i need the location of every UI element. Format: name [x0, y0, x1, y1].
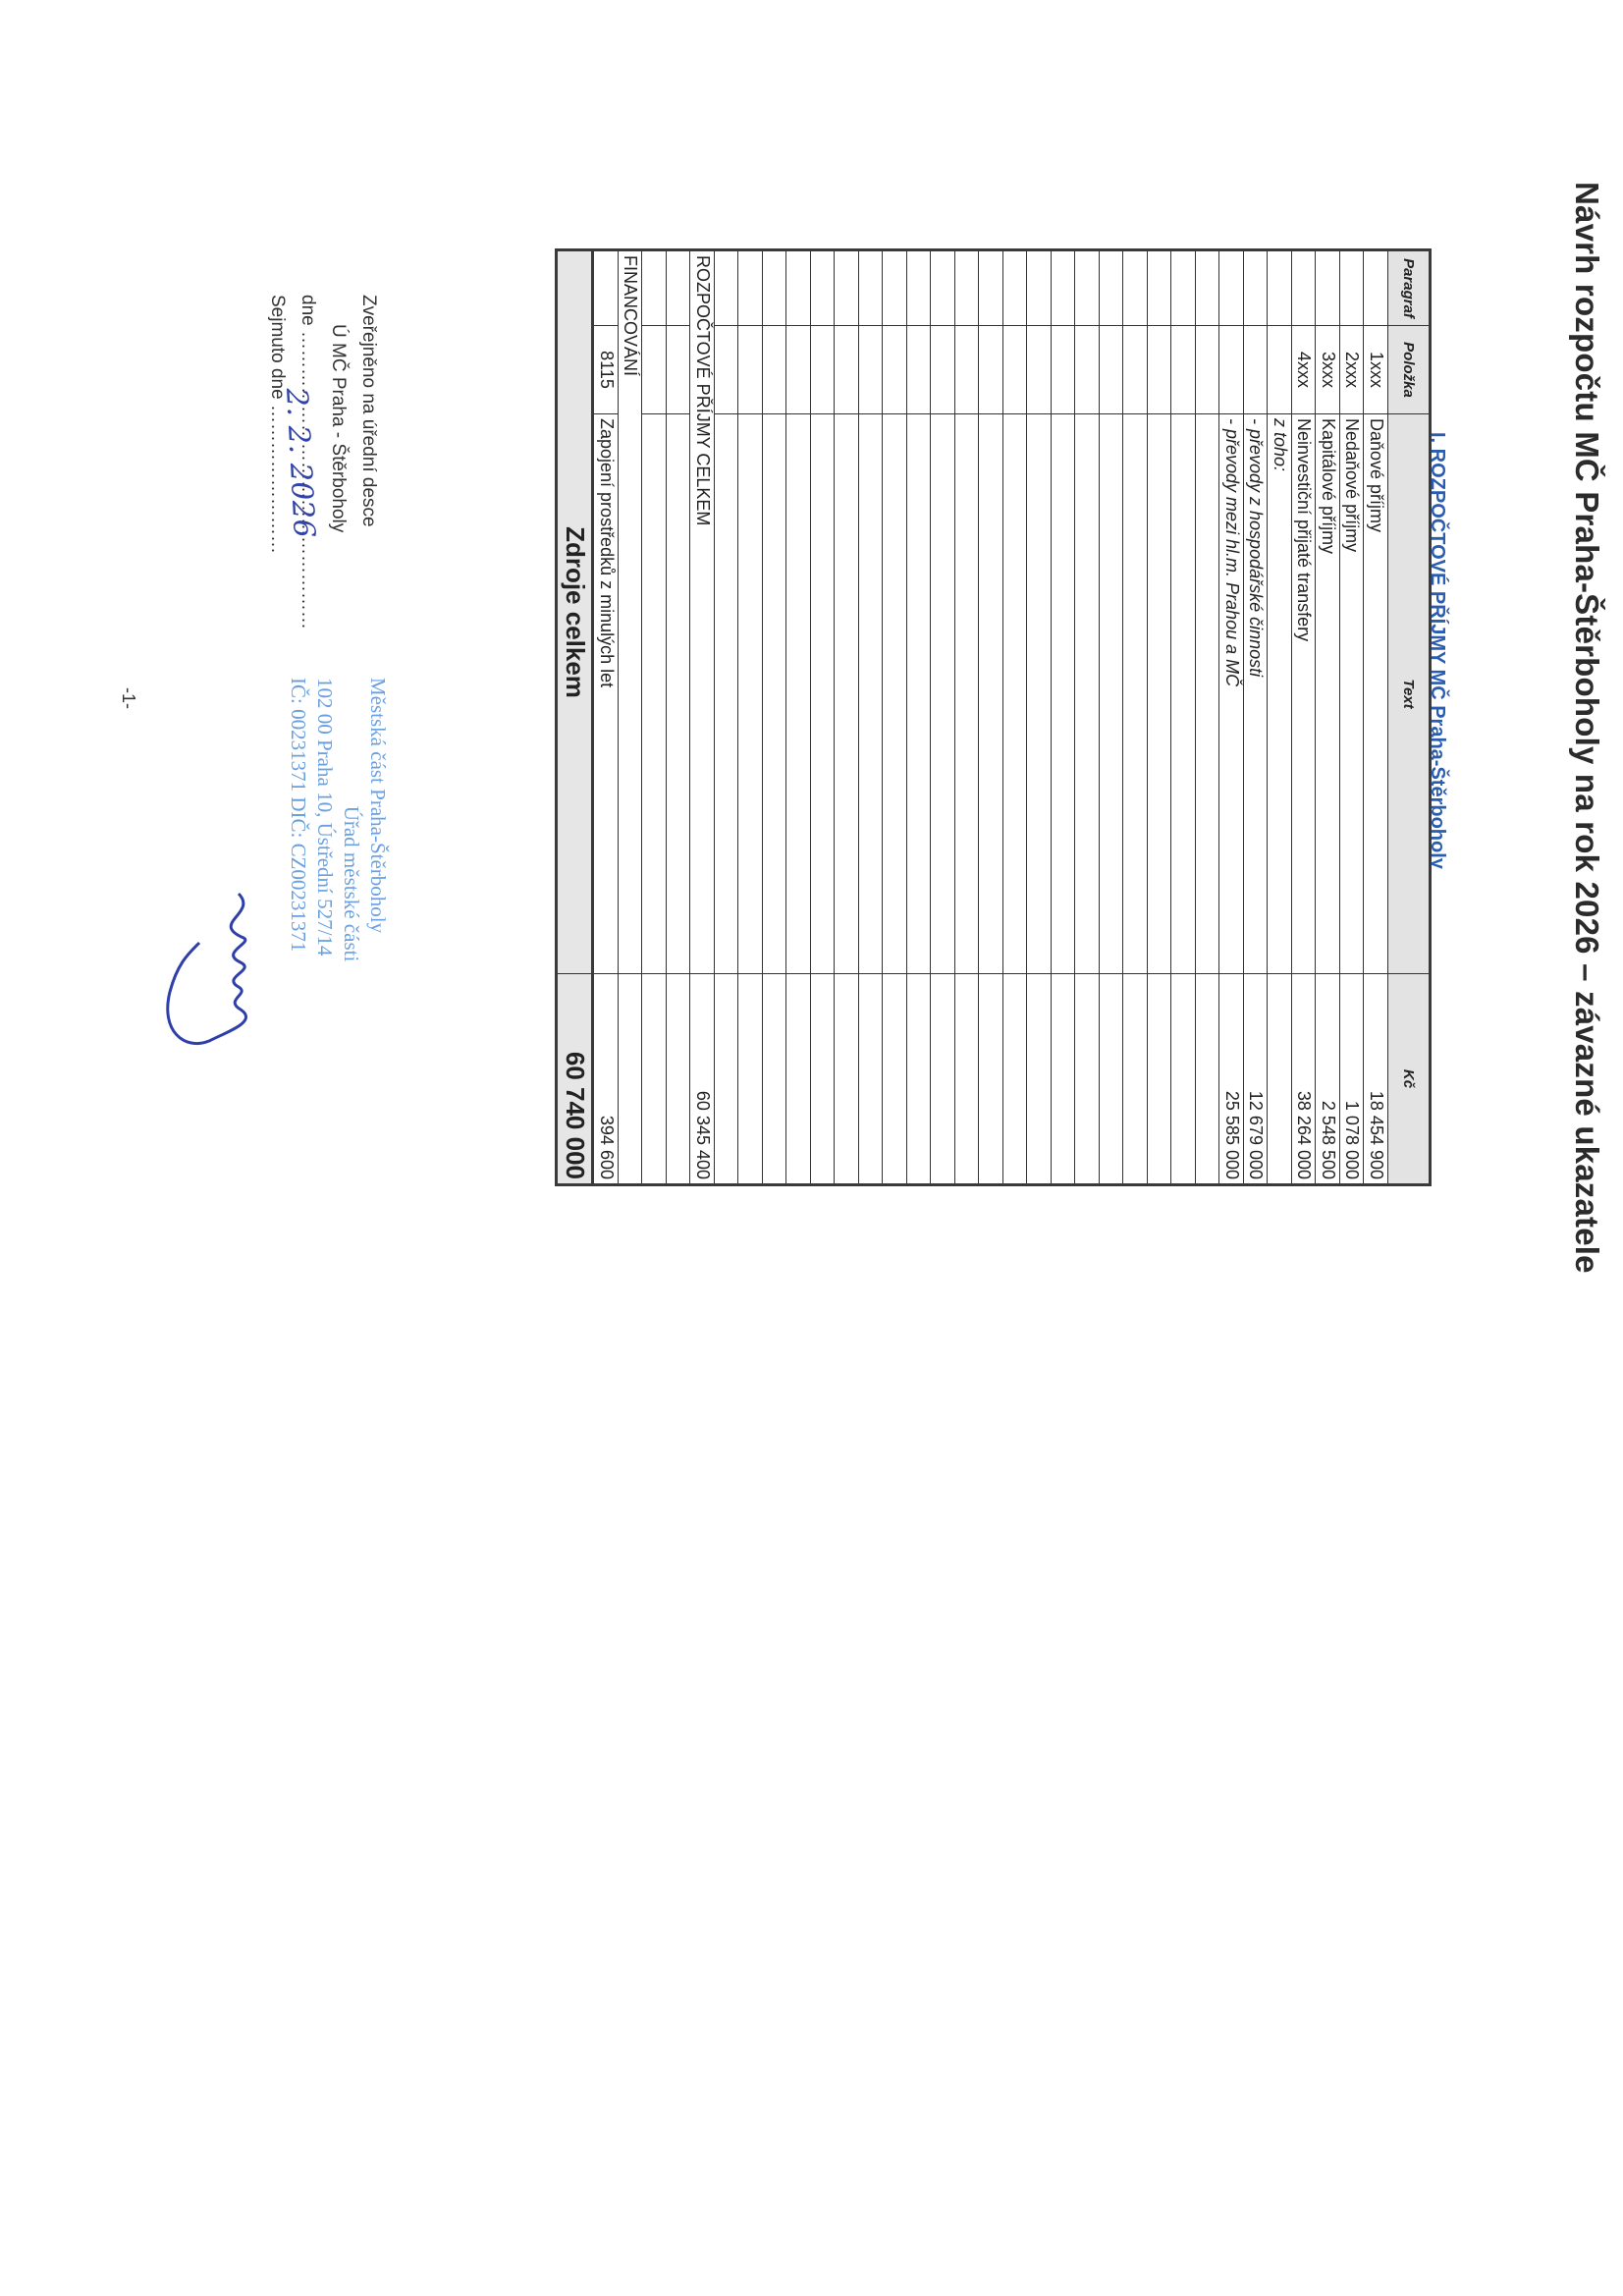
stamp-line-1: Městská část Praha-Štěrboholy	[364, 678, 391, 1090]
cell-paragraf	[1052, 250, 1076, 326]
cell-paragraf	[667, 250, 691, 326]
grand-total-value: 60 740 000	[557, 974, 593, 1185]
cell-polozka	[1100, 326, 1124, 414]
table-row: 3xxxKapitálové příjmy2 548 500	[1316, 250, 1340, 1185]
table-row: 1xxxDaňové příjmy18 454 900	[1364, 250, 1388, 1185]
cell-paragraf	[642, 250, 667, 326]
revenue-total-label: ROZPOČTOVÉ PŘÍJMY CELKEM	[690, 250, 715, 974]
cell-text	[835, 414, 859, 974]
cell-text	[715, 414, 739, 974]
cell-kc	[931, 974, 955, 1185]
cell-polozka	[1027, 326, 1052, 414]
cell-text: Zapojení prostředků z minulých let	[593, 414, 619, 974]
cell-paragraf	[1027, 250, 1052, 326]
cell-paragraf	[1196, 250, 1220, 326]
header-text: Text	[1388, 414, 1431, 974]
blank-row	[1123, 250, 1148, 1185]
cell-kc: 25 585 000	[1219, 974, 1244, 1185]
cell-text	[738, 414, 763, 974]
cell-polozka	[835, 326, 859, 414]
blank-row	[1027, 250, 1052, 1185]
blank-row	[883, 250, 907, 1185]
cell-kc	[859, 974, 884, 1185]
cell-polozka	[1219, 326, 1244, 414]
cell-paragraf	[883, 250, 907, 326]
cell-polozka: 8115	[593, 326, 619, 414]
table-body: 1xxxDaňové příjmy18 454 9002xxxNedaňové …	[557, 250, 1388, 1185]
cell-text	[1100, 414, 1124, 974]
table-row: 4xxxNeinvestiční přijaté transfery38 264…	[1292, 250, 1317, 1185]
cell-paragraf	[1268, 250, 1292, 326]
cell-kc	[1268, 974, 1292, 1185]
cell-polozka	[1003, 326, 1028, 414]
budget-table: Paragraf Položka Text Kč 1xxxDaňové příj…	[556, 248, 1433, 1186]
cell-paragraf	[811, 250, 836, 326]
cell-kc	[619, 974, 643, 1185]
cell-text: Daňové příjmy	[1364, 414, 1388, 974]
cell-paragraf	[1100, 250, 1124, 326]
cell-text: - převody z hospodářské činnosti	[1244, 414, 1269, 974]
cell-polozka	[1052, 326, 1076, 414]
cell-paragraf	[835, 250, 859, 326]
cell-paragraf	[1123, 250, 1148, 326]
cell-kc	[1123, 974, 1148, 1185]
blank-row	[763, 250, 787, 1185]
cell-paragraf	[1292, 250, 1317, 326]
cell-paragraf	[979, 250, 1003, 326]
blank-row	[667, 250, 691, 1185]
cell-kc	[1027, 974, 1052, 1185]
blank-row	[835, 250, 859, 1185]
cell-polozka	[907, 326, 932, 414]
cell-polozka: 1xxx	[1364, 326, 1388, 414]
cell-text: Nedaňové příjmy	[1340, 414, 1365, 974]
cell-kc	[811, 974, 836, 1185]
cell-polozka	[1171, 326, 1196, 414]
cell-polozka	[931, 326, 955, 414]
cell-paragraf	[1003, 250, 1028, 326]
cell-polozka: 4xxx	[1292, 326, 1317, 414]
cell-kc: 18 454 900	[1364, 974, 1388, 1185]
cell-text	[1052, 414, 1076, 974]
cell-paragraf	[1075, 250, 1100, 326]
financing-header-row: FINANCOVÁNÍ	[619, 250, 643, 1185]
cell-paragraf	[738, 250, 763, 326]
cell-polozka	[715, 326, 739, 414]
cell-polozka	[1244, 326, 1269, 414]
cell-kc	[1003, 974, 1028, 1185]
page-number: -1-	[118, 687, 138, 709]
cell-paragraf	[859, 250, 884, 326]
blank-row	[1075, 250, 1100, 1185]
cell-kc	[1075, 974, 1100, 1185]
blank-row	[642, 250, 667, 1185]
signature-icon	[150, 884, 268, 1070]
office-stamp: Městská část Praha-Štěrboholy Úřad městs…	[285, 678, 391, 1090]
financing-row: 8115Zapojení prostředků z minulých let39…	[593, 250, 619, 1185]
header-kc: Kč	[1388, 974, 1431, 1185]
revenue-total-row: ROZPOČTOVÉ PŘÍJMY CELKEM60 345 400	[690, 250, 715, 1185]
revenue-total-value: 60 345 400	[690, 974, 715, 1185]
cell-polozka	[738, 326, 763, 414]
blank-row	[811, 250, 836, 1185]
blank-row	[738, 250, 763, 1185]
cell-polozka	[1196, 326, 1220, 414]
cell-polozka	[811, 326, 836, 414]
cell-kc	[955, 974, 980, 1185]
blank-row	[1171, 250, 1196, 1185]
cell-polozka: 3xxx	[1316, 326, 1340, 414]
publication-line-2: Ú MČ Praha - Štěrboholy	[323, 295, 353, 629]
publication-line-1: Zveřejněno na úřední desce	[353, 295, 384, 629]
stamp-line-3: 102 00 Praha 10, Ústřední 527/14	[311, 678, 338, 1090]
cell-kc	[1171, 974, 1196, 1185]
cell-paragraf	[931, 250, 955, 326]
cell-kc	[1148, 974, 1172, 1185]
cell-kc	[1052, 974, 1076, 1185]
cell-text	[642, 414, 667, 974]
financing-label: FINANCOVÁNÍ	[619, 250, 643, 974]
cell-kc	[883, 974, 907, 1185]
document-page: Návrh rozpočtu MČ Praha-Štěrboholy na ro…	[0, 0, 1623, 2296]
cell-text	[786, 414, 811, 974]
cell-paragraf	[763, 250, 787, 326]
cell-kc	[786, 974, 811, 1185]
cell-paragraf	[1148, 250, 1172, 326]
cell-polozka	[955, 326, 980, 414]
cell-paragraf	[955, 250, 980, 326]
cell-paragraf	[907, 250, 932, 326]
cell-polozka	[859, 326, 884, 414]
blank-row	[931, 250, 955, 1185]
cell-paragraf	[1171, 250, 1196, 326]
cell-polozka	[1075, 326, 1100, 414]
cell-kc	[1196, 974, 1220, 1185]
cell-kc	[715, 974, 739, 1185]
cell-text	[667, 414, 691, 974]
blank-row	[786, 250, 811, 1185]
cell-text	[1148, 414, 1172, 974]
cell-text	[955, 414, 980, 974]
cell-kc: 38 264 000	[1292, 974, 1317, 1185]
cell-text	[1003, 414, 1028, 974]
cell-paragraf	[1364, 250, 1388, 326]
table-row: z toho:	[1268, 250, 1292, 1185]
header-polozka: Položka	[1388, 326, 1431, 414]
cell-text	[859, 414, 884, 974]
stamp-line-2: Úřad městské části	[338, 678, 364, 1090]
cell-polozka	[642, 326, 667, 414]
blank-row	[907, 250, 932, 1185]
cell-kc	[667, 974, 691, 1185]
cell-paragraf	[1244, 250, 1269, 326]
cell-kc	[835, 974, 859, 1185]
blank-row	[979, 250, 1003, 1185]
blank-row	[1100, 250, 1124, 1185]
cell-paragraf	[1316, 250, 1340, 326]
publication-note: Zveřejněno na úřední desce Ú MČ Praha - …	[262, 295, 384, 629]
blank-row	[715, 250, 739, 1185]
blank-row	[859, 250, 884, 1185]
cell-kc	[1100, 974, 1124, 1185]
cell-kc	[738, 974, 763, 1185]
cell-paragraf	[786, 250, 811, 326]
blank-row	[1196, 250, 1220, 1185]
cell-text: z toho:	[1268, 414, 1292, 974]
grand-total-row: Zdroje celkem60 740 000	[557, 250, 593, 1185]
cell-text	[907, 414, 932, 974]
cell-polozka	[1148, 326, 1172, 414]
cell-text	[1027, 414, 1052, 974]
cell-kc: 2 548 500	[1316, 974, 1340, 1185]
table-row: 2xxxNedaňové příjmy1 078 000	[1340, 250, 1365, 1185]
table-row: - převody mezi hl.m. Prahou a MČ25 585 0…	[1219, 250, 1244, 1185]
grand-total-label: Zdroje celkem	[557, 250, 593, 974]
cell-polozka	[763, 326, 787, 414]
cell-kc: 394 600	[593, 974, 619, 1185]
cell-text	[883, 414, 907, 974]
cell-paragraf	[1340, 250, 1365, 326]
cell-text	[979, 414, 1003, 974]
cell-text	[1171, 414, 1196, 974]
cell-text: Kapitálové příjmy	[1316, 414, 1340, 974]
cell-kc	[763, 974, 787, 1185]
cell-polozka	[883, 326, 907, 414]
cell-paragraf	[593, 250, 619, 326]
blank-row	[1003, 250, 1028, 1185]
cell-text	[811, 414, 836, 974]
blank-row	[955, 250, 980, 1185]
table-header-row: Paragraf Položka Text Kč	[1388, 250, 1431, 1185]
cell-kc	[979, 974, 1003, 1185]
cell-polozka	[786, 326, 811, 414]
cell-paragraf	[1219, 250, 1244, 326]
cell-text	[1123, 414, 1148, 974]
cell-polozka	[979, 326, 1003, 414]
header-paragraf: Paragraf	[1388, 250, 1431, 326]
stamp-line-4: IČ: 00231371 DIČ: CZ00231371	[285, 678, 311, 1090]
cell-polozka	[1123, 326, 1148, 414]
blank-row	[1148, 250, 1172, 1185]
blank-row	[1052, 250, 1076, 1185]
cell-text	[1196, 414, 1220, 974]
document-title: Návrh rozpočtu MČ Praha-Štěrboholy na ro…	[1568, 182, 1605, 1557]
cell-text	[931, 414, 955, 974]
cell-kc: 12 679 000	[1244, 974, 1269, 1185]
cell-text: Neinvestiční přijaté transfery	[1292, 414, 1317, 974]
cell-polozka	[667, 326, 691, 414]
cell-text	[763, 414, 787, 974]
cell-text	[1075, 414, 1100, 974]
cell-polozka	[1268, 326, 1292, 414]
cell-polozka: 2xxx	[1340, 326, 1365, 414]
cell-kc	[642, 974, 667, 1185]
cell-text: - převody mezi hl.m. Prahou a MČ	[1219, 414, 1244, 974]
cell-paragraf	[715, 250, 739, 326]
table-row: - převody z hospodářské činnosti12 679 0…	[1244, 250, 1269, 1185]
cell-kc	[907, 974, 932, 1185]
cell-kc: 1 078 000	[1340, 974, 1365, 1185]
